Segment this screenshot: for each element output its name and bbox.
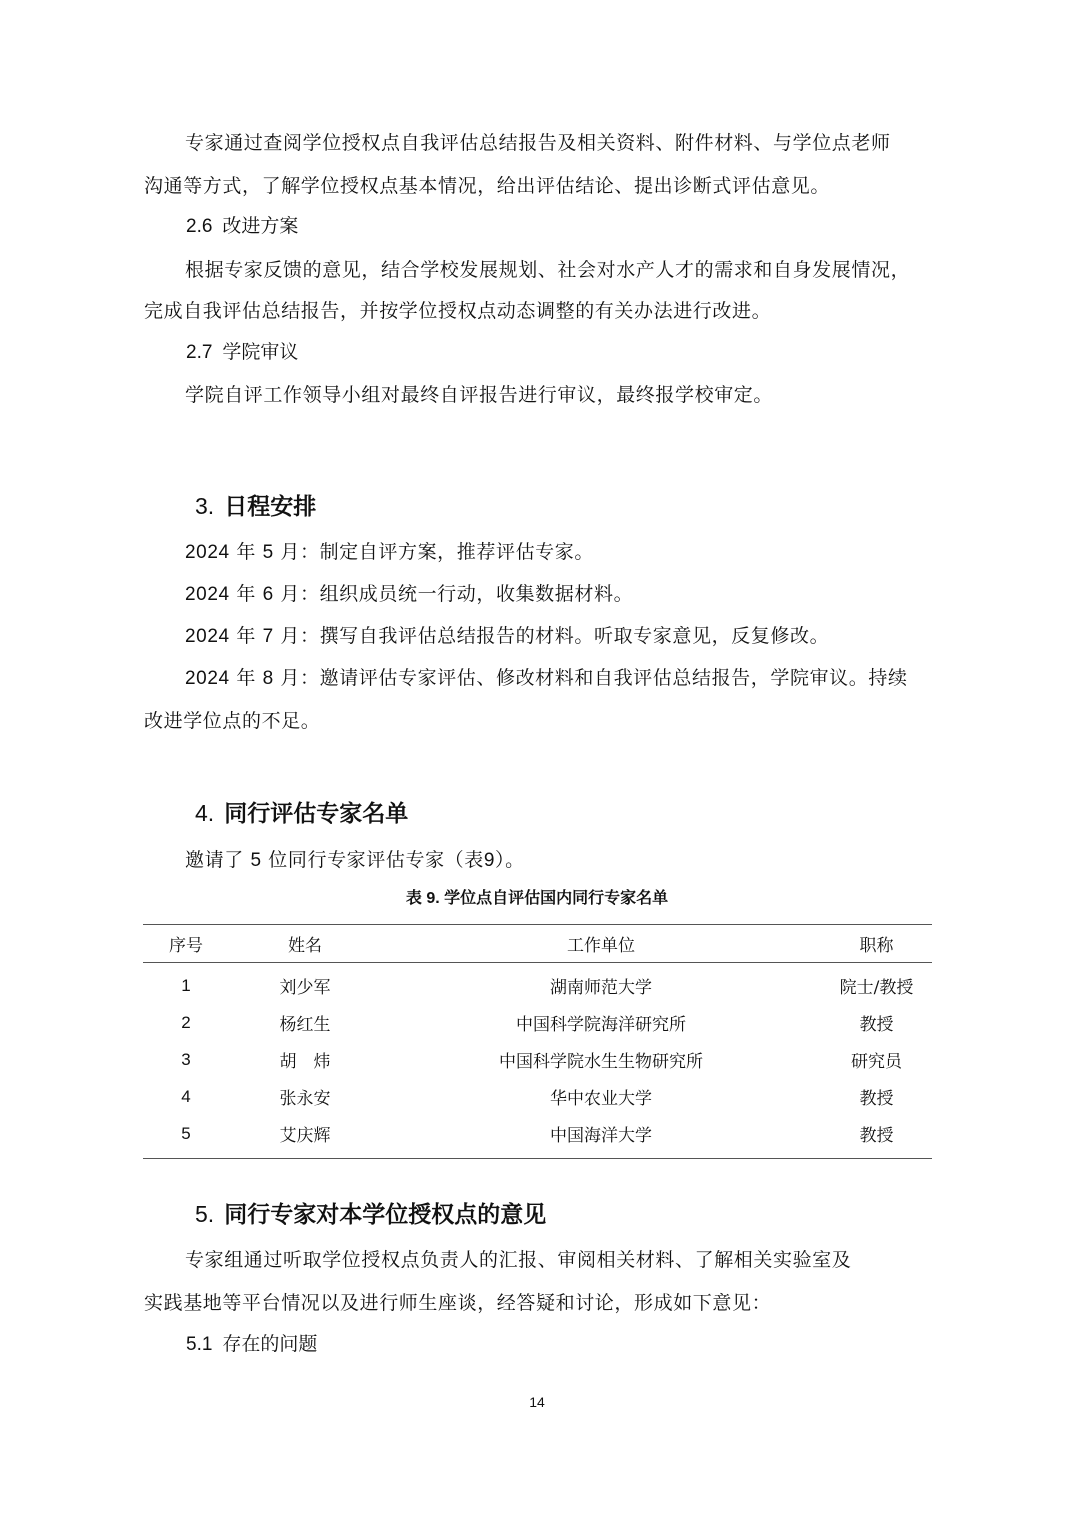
- cell-title: 院士/教授: [821, 963, 932, 1005]
- subsection-number: 2.6: [186, 216, 212, 237]
- subsection-title: 改进方案: [222, 216, 298, 237]
- subsection-number: 2.7: [186, 342, 212, 363]
- cell-title: 教授: [821, 1004, 932, 1041]
- schedule-item: 2024 年 6 月：组织成员统一行动，收集数据材料。: [185, 582, 935, 607]
- section-heading-4: 4.同行评估专家名单: [195, 798, 408, 828]
- cell-institution: 中国科学院海洋研究所: [381, 1004, 821, 1041]
- subsection-heading-5-1: 5.1存在的问题: [186, 1333, 317, 1357]
- column-header-index: 序号: [143, 925, 229, 963]
- table-caption: 表 9. 学位点自评估国内同行专家名单: [0, 888, 1074, 910]
- table-row: 5 艾庆辉 中国海洋大学 教授: [143, 1115, 932, 1159]
- paragraph-line: 根据专家反馈的意见，结合学校发展规划、社会对水产人才的需求和自身发展情况，: [185, 258, 935, 282]
- section-number: 3.: [195, 493, 214, 519]
- cell-name: 张永安: [229, 1078, 381, 1115]
- table-header-row: 序号 姓名 工作单位 职称: [143, 925, 932, 963]
- schedule-item: 2024 年 5 月：制定自评方案，推荐评估专家。: [185, 540, 935, 565]
- column-header-title: 职称: [821, 925, 932, 963]
- expert-table: 序号 姓名 工作单位 职称 1 刘少军 湖南师范大学 院士/教授 2 杨红生 中…: [143, 924, 932, 1159]
- section-title: 同行专家对本学位授权点的意见: [224, 1201, 546, 1227]
- section4-intro: 邀请了 5 位同行专家评估专家（表9）。: [185, 848, 935, 873]
- column-header-institution: 工作单位: [381, 925, 821, 963]
- cell-title: 教授: [821, 1078, 932, 1115]
- column-header-name: 姓名: [229, 925, 381, 963]
- cell-name: 杨红生: [229, 1004, 381, 1041]
- page-number: 14: [0, 1394, 1074, 1410]
- cell-title: 研究员: [821, 1041, 932, 1078]
- schedule-item-continuation: 改进学位点的不足。: [144, 709, 934, 733]
- cell-institution: 中国海洋大学: [381, 1115, 821, 1159]
- section-number: 5.: [195, 1201, 214, 1227]
- table-row: 4 张永安 华中农业大学 教授: [143, 1078, 932, 1115]
- paragraph-line: 专家通过查阅学位授权点自我评估总结报告及相关资料、附件材料、与学位点老师: [185, 131, 935, 155]
- section-title: 日程安排: [224, 493, 316, 519]
- subsection-heading-2-6: 2.6改进方案: [186, 215, 298, 239]
- paragraph-line: 学院自评工作领导小组对最终自评报告进行审议，最终报学校审定。: [185, 383, 935, 407]
- subsection-title: 存在的问题: [222, 1334, 317, 1355]
- section-heading-3: 3.日程安排: [195, 491, 316, 521]
- cell-institution: 湖南师范大学: [381, 963, 821, 1005]
- cell-title: 教授: [821, 1115, 932, 1159]
- cell-name: 刘少军: [229, 963, 381, 1005]
- cell-name: 艾庆辉: [229, 1115, 381, 1159]
- subsection-title: 学院审议: [222, 342, 298, 363]
- paragraph-line: 沟通等方式，了解学位授权点基本情况，给出评估结论、提出诊断式评估意见。: [144, 174, 934, 198]
- paragraph-line: 专家组通过听取学位授权点负责人的汇报、审阅相关材料、了解相关实验室及: [185, 1248, 935, 1272]
- cell-index: 3: [143, 1041, 229, 1078]
- table-row: 2 杨红生 中国科学院海洋研究所 教授: [143, 1004, 932, 1041]
- paragraph-line: 实践基地等平台情况以及进行师生座谈，经答疑和讨论，形成如下意见：: [144, 1291, 934, 1315]
- subsection-number: 5.1: [186, 1334, 212, 1355]
- subsection-heading-2-7: 2.7学院审议: [186, 341, 298, 365]
- cell-institution: 中国科学院水生生物研究所: [381, 1041, 821, 1078]
- section-number: 4.: [195, 800, 214, 826]
- section-heading-5: 5.同行专家对本学位授权点的意见: [195, 1199, 546, 1229]
- cell-index: 4: [143, 1078, 229, 1115]
- document-page: 专家通过查阅学位授权点自我评估总结报告及相关资料、附件材料、与学位点老师 沟通等…: [0, 0, 1074, 1520]
- cell-index: 2: [143, 1004, 229, 1041]
- table-row: 1 刘少军 湖南师范大学 院士/教授: [143, 963, 932, 1005]
- cell-name: 胡 炜: [229, 1041, 381, 1078]
- schedule-item: 2024 年 7 月：撰写自我评估总结报告的材料。听取专家意见，反复修改。: [185, 624, 935, 649]
- cell-index: 1: [143, 963, 229, 1005]
- cell-institution: 华中农业大学: [381, 1078, 821, 1115]
- schedule-item: 2024 年 8 月：邀请评估专家评估、修改材料和自我评估总结报告，学院审议。持…: [185, 666, 935, 691]
- section-title: 同行评估专家名单: [224, 800, 408, 826]
- paragraph-line: 完成自我评估总结报告，并按学位授权点动态调整的有关办法进行改进。: [144, 299, 934, 323]
- table-row: 3 胡 炜 中国科学院水生生物研究所 研究员: [143, 1041, 932, 1078]
- cell-index: 5: [143, 1115, 229, 1159]
